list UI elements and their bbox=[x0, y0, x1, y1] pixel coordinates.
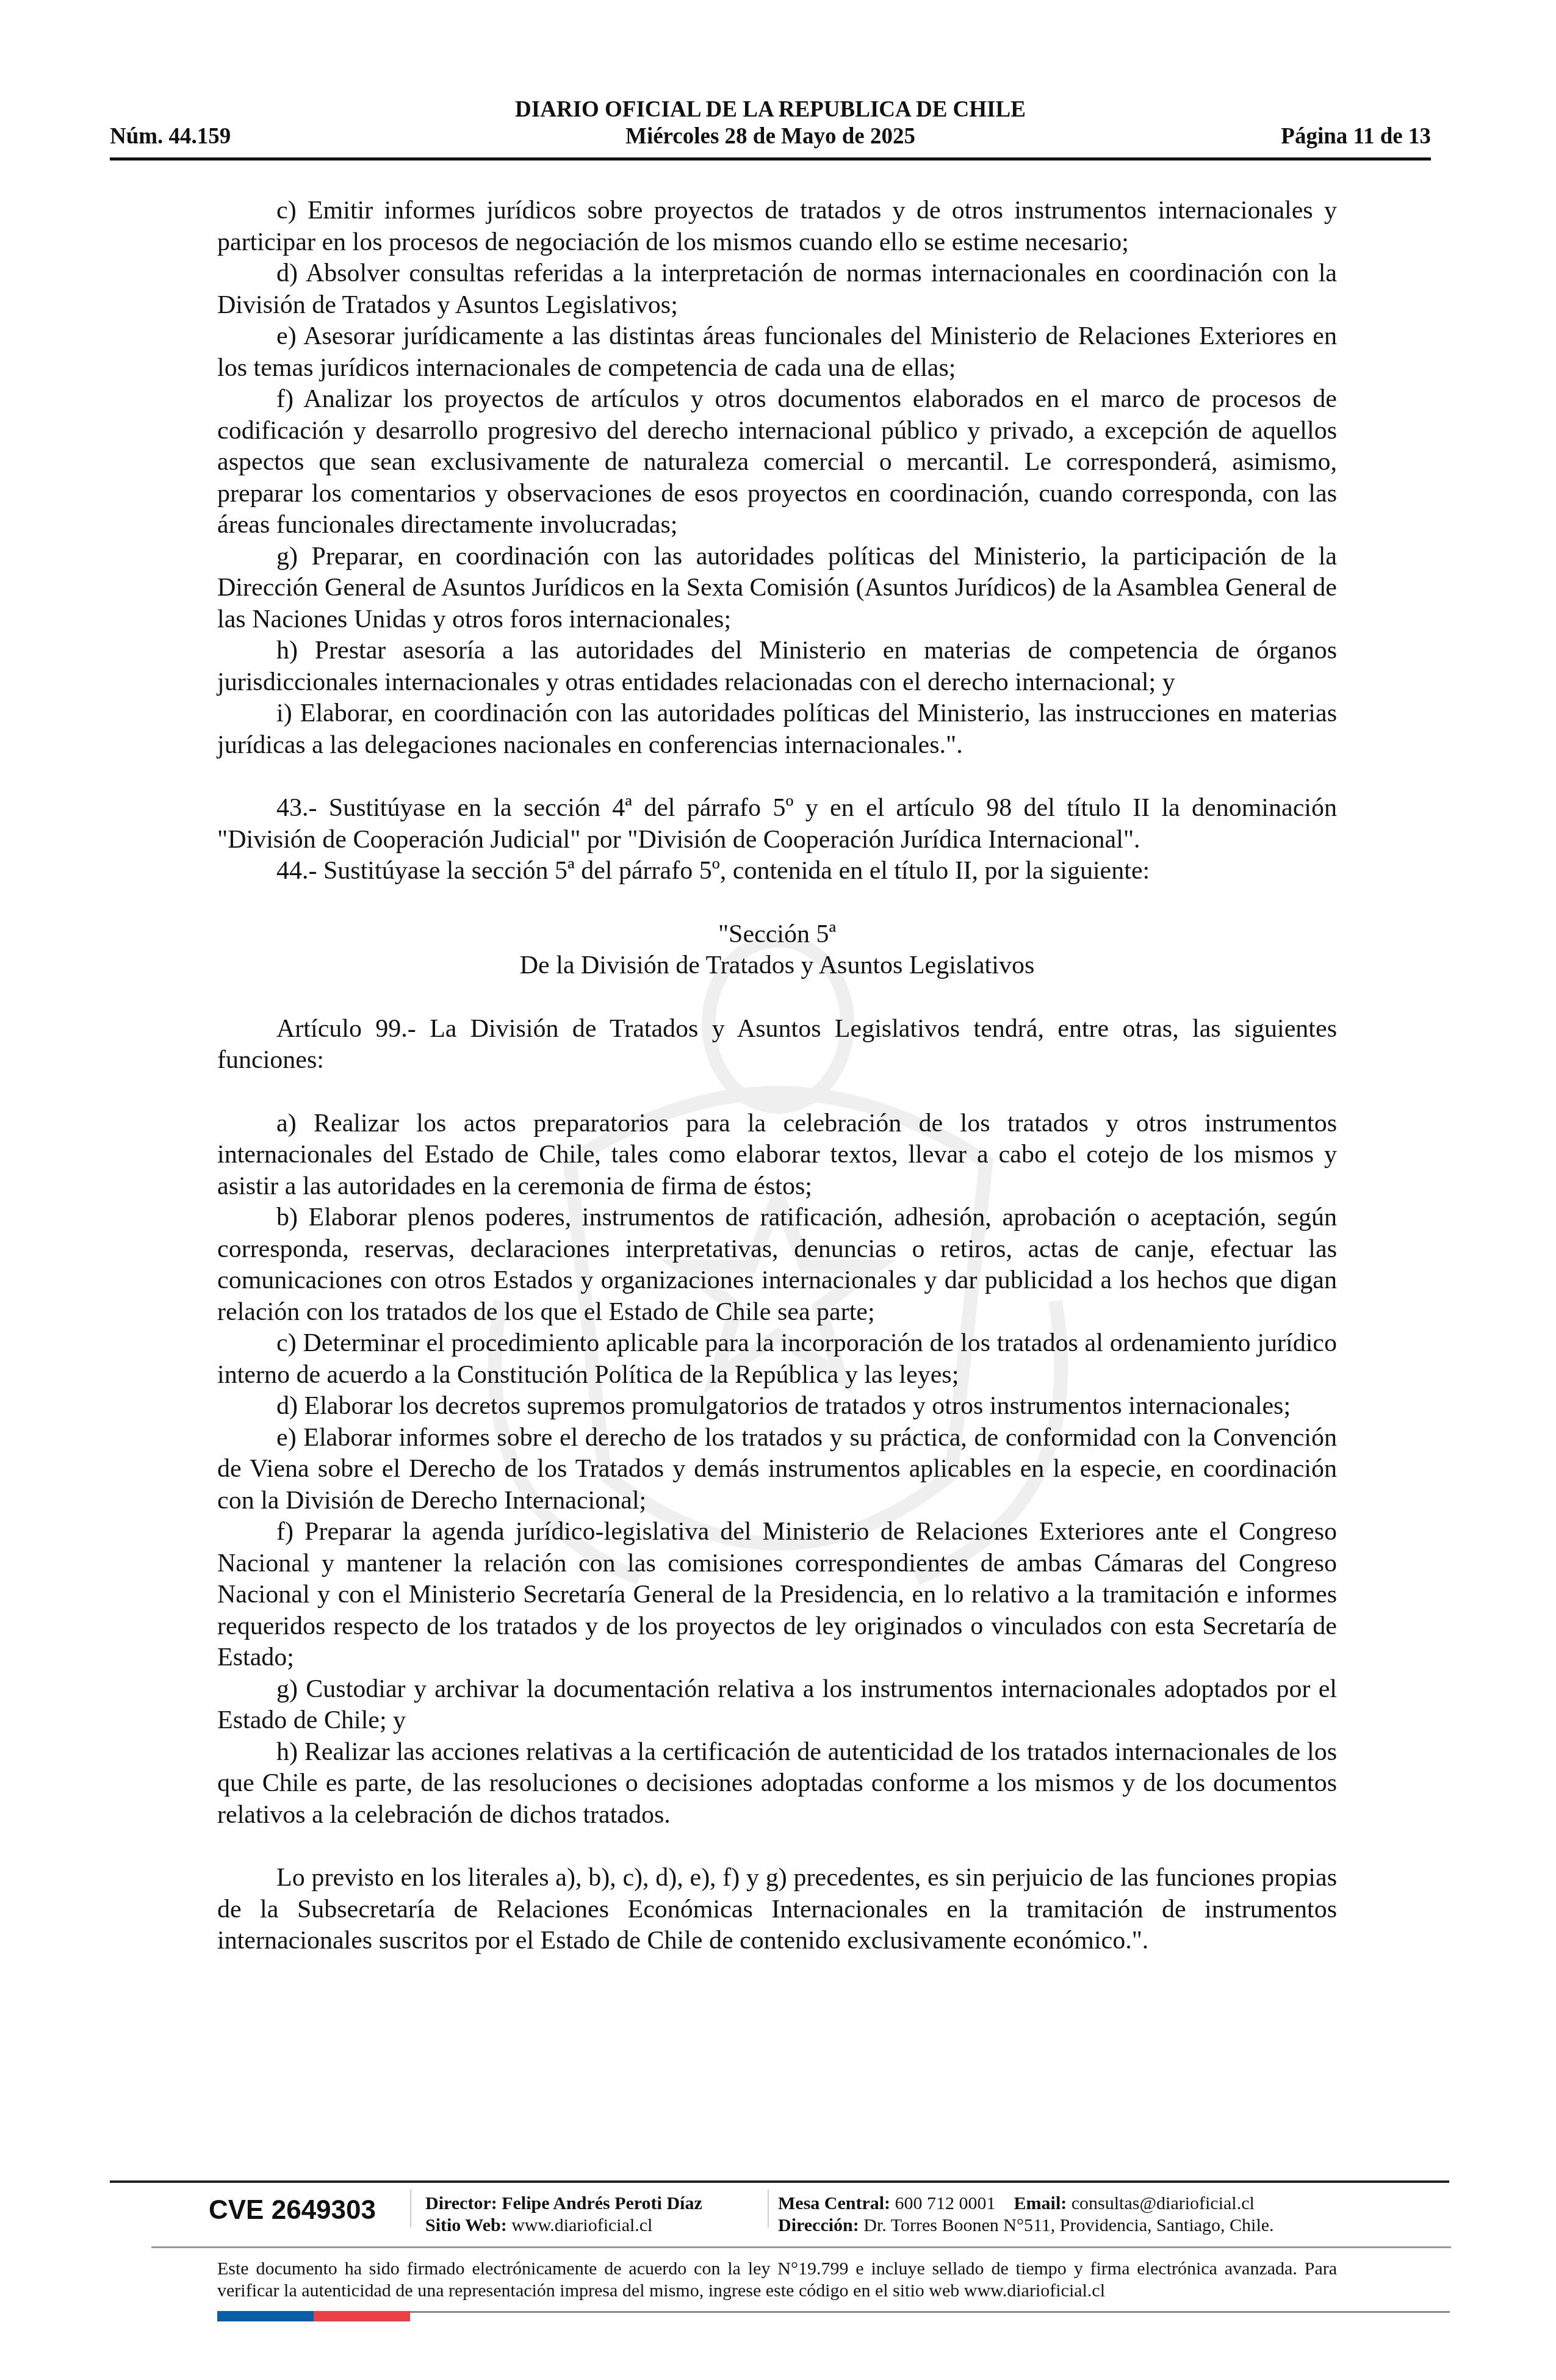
page-header: DIARIO OFICIAL DE LA REPUBLICA DE CHILE … bbox=[110, 96, 1431, 164]
section-heading: "Sección 5ª bbox=[217, 919, 1337, 951]
closing-paragraph: Lo previsto en los literales a), b), c),… bbox=[217, 1863, 1337, 1957]
phone-value: 600 712 0001 bbox=[895, 2193, 996, 2213]
item-h: h) Prestar asesoría a las autoridades de… bbox=[217, 635, 1337, 698]
page-number: Página 11 de 13 bbox=[1281, 123, 1431, 150]
cve-code: CVE 2649303 bbox=[209, 2195, 376, 2226]
item-i: i) Elaborar, en coordinación con las aut… bbox=[217, 698, 1337, 761]
email-label: Email: bbox=[1014, 2193, 1067, 2213]
address-value: Dr. Torres Boonen N°511, Providencia, Sa… bbox=[863, 2215, 1273, 2235]
footer-director-block: Director: Felipe Andrés Peroti Díaz Siti… bbox=[425, 2193, 702, 2237]
website-label: Sitio Web: bbox=[425, 2215, 507, 2235]
footer-divider bbox=[110, 2180, 1449, 2183]
document-body: c) Emitir informes jurídicos sobre proye… bbox=[217, 195, 1337, 1957]
article-99-item-b: b) Elaborar plenos poderes, instrumentos… bbox=[217, 1202, 1337, 1328]
issue-date: Miércoles 28 de Mayo de 2025 bbox=[110, 123, 1431, 150]
footer-separator bbox=[768, 2190, 769, 2227]
point-43: 43.- Sustitúyase en la sección 4ª del pá… bbox=[217, 793, 1337, 856]
article-99-item-h: h) Realizar las acciones relativas a la … bbox=[217, 1737, 1337, 1831]
point-44: 44.- Sustitúyase la sección 5ª del párra… bbox=[217, 856, 1337, 887]
article-99-item-c: c) Determinar el procedimiento aplicable… bbox=[217, 1328, 1337, 1391]
item-g: g) Preparar, en coordinación con las aut… bbox=[217, 541, 1337, 636]
header-divider bbox=[110, 157, 1431, 160]
item-e: e) Asesorar jurídicamente a las distinta… bbox=[217, 321, 1337, 384]
email-link[interactable]: consultas@diarioficial.cl bbox=[1072, 2193, 1255, 2213]
item-d: d) Absolver consultas referidas a la int… bbox=[217, 258, 1337, 321]
director-name: Felipe Andrés Peroti Díaz bbox=[502, 2193, 702, 2213]
article-99-item-e: e) Elaborar informes sobre el derecho de… bbox=[217, 1423, 1337, 1517]
article-99-item-g: g) Custodiar y archivar la documentación… bbox=[217, 1674, 1337, 1737]
flag-stripe-red bbox=[314, 2311, 410, 2321]
legal-notice: Este documento ha sido firmado electróni… bbox=[217, 2258, 1337, 2302]
phone-label: Mesa Central: bbox=[778, 2193, 890, 2213]
newspaper-title: DIARIO OFICIAL DE LA REPUBLICA DE CHILE bbox=[110, 96, 1431, 123]
flag-stripe-blue bbox=[217, 2311, 314, 2321]
section-subheading: De la División de Tratados y Asuntos Leg… bbox=[217, 950, 1337, 982]
article-99-intro: Artículo 99.- La División de Tratados y … bbox=[217, 1014, 1337, 1076]
address-label: Dirección: bbox=[778, 2215, 859, 2235]
footer-divider-secondary bbox=[151, 2246, 1451, 2248]
director-label: Director: bbox=[425, 2193, 497, 2213]
footer-contact-block: Mesa Central: 600 712 0001 Email: consul… bbox=[778, 2193, 1274, 2237]
item-f: f) Analizar los proyectos de artículos y… bbox=[217, 384, 1337, 541]
item-c: c) Emitir informes jurídicos sobre proye… bbox=[217, 195, 1337, 258]
article-99-item-d: d) Elaborar los decretos supremos promul… bbox=[217, 1391, 1337, 1423]
article-99-item-f: f) Preparar la agenda jurídico-legislati… bbox=[217, 1516, 1337, 1674]
article-99-item-a: a) Realizar los actos preparatorios para… bbox=[217, 1108, 1337, 1203]
footer-separator bbox=[410, 2190, 411, 2227]
website-link[interactable]: www.diarioficial.cl bbox=[511, 2215, 652, 2235]
